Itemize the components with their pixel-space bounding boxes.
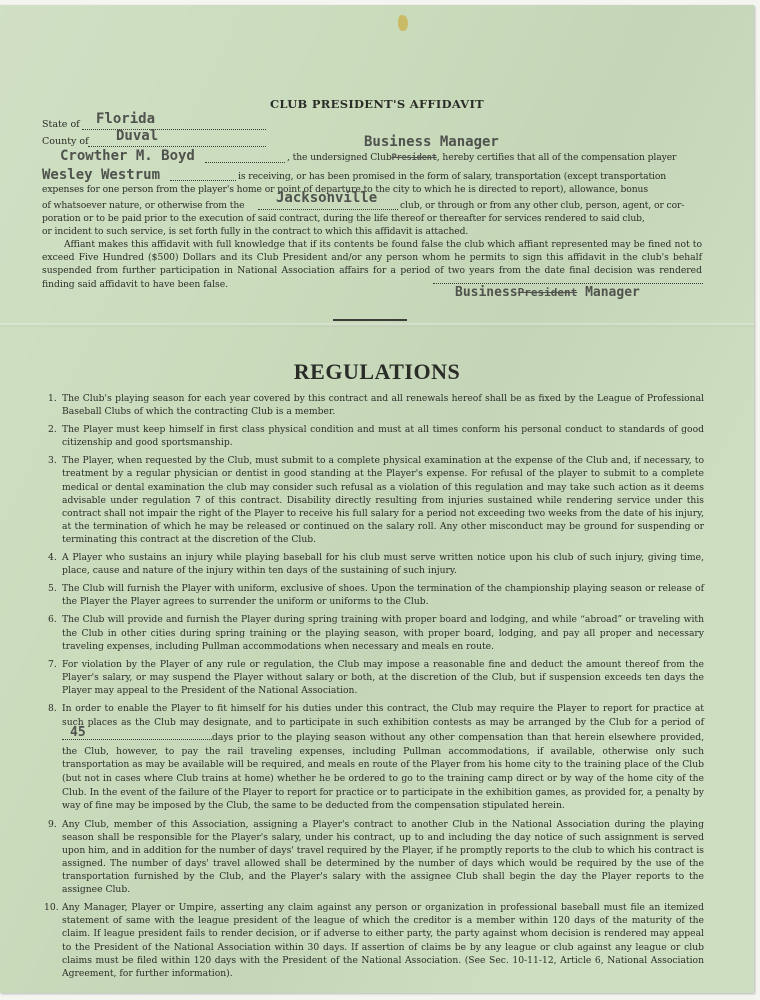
stain-mark <box>398 15 408 31</box>
state-line <box>82 129 266 130</box>
signature-struck: President <box>518 286 578 299</box>
county-label: County of <box>42 136 89 147</box>
typed-title-above: Business Manager <box>364 134 499 150</box>
regulation-item: 10.Any Manager, Player or Umpire, assert… <box>48 901 704 980</box>
signer-name: Crowther M. Boyd <box>60 148 195 164</box>
regulation-item: 7.For violation by the Player of any rul… <box>48 658 704 697</box>
para-line-4: poration or to be paid prior to the exec… <box>42 212 645 225</box>
para-line-5: or incident to such service, is set fort… <box>42 225 468 238</box>
regulation-item: 1.The Club's playing season for each yea… <box>48 392 704 418</box>
signature-title: BusinessPresident Manager <box>455 285 640 300</box>
state-label: State of <box>42 119 80 130</box>
regulations-list: 1.The Club's playing season for each yea… <box>48 392 704 985</box>
regulations-title: REGULATIONS <box>0 359 754 385</box>
regulation-item: 3.The Player, when requested by the Club… <box>48 454 704 546</box>
para-line-3-end: club, or through or from any other club,… <box>400 199 684 212</box>
section-divider <box>333 319 407 321</box>
certify-text: , the undersigned ClubPresident, hereby … <box>287 151 676 165</box>
regulation-item: 9.Any Club, member of this Association, … <box>48 818 704 897</box>
days-value: 45 <box>70 726 86 740</box>
regulation-item: 8.In order to enable the Player to fit h… <box>48 702 704 813</box>
player-name: Wesley Westrum <box>42 167 160 183</box>
days-fill-line: 45 <box>62 729 212 740</box>
paper-fold <box>0 323 754 327</box>
regulation-item: 6.The Club will provide and furnish the … <box>48 613 704 652</box>
para-line-1: is receiving, or has been promised in th… <box>238 170 666 183</box>
player-line <box>170 180 236 181</box>
regulation-item: 2.The Player must keep himself in first … <box>48 423 704 449</box>
document-page: CLUB PRESIDENT'S AFFIDAVIT State of Flor… <box>0 5 754 993</box>
regulation-item: 4.A Player who sustains an injury while … <box>48 551 704 577</box>
county-line <box>88 146 266 147</box>
state-value: Florida <box>96 111 155 127</box>
signature-line <box>433 283 703 284</box>
signer-line <box>205 162 285 163</box>
affidavit-title: CLUB PRESIDENT'S AFFIDAVIT <box>0 97 754 111</box>
club-name: Jacksonville <box>276 190 377 206</box>
para-line-3-start: of whatsoever nature, or otherwise from … <box>42 199 245 212</box>
struck-president: President <box>392 153 437 163</box>
county-value: Duval <box>116 128 158 144</box>
regulation-item: 5.The Club will furnish the Player with … <box>48 582 704 608</box>
club-line <box>258 209 398 210</box>
